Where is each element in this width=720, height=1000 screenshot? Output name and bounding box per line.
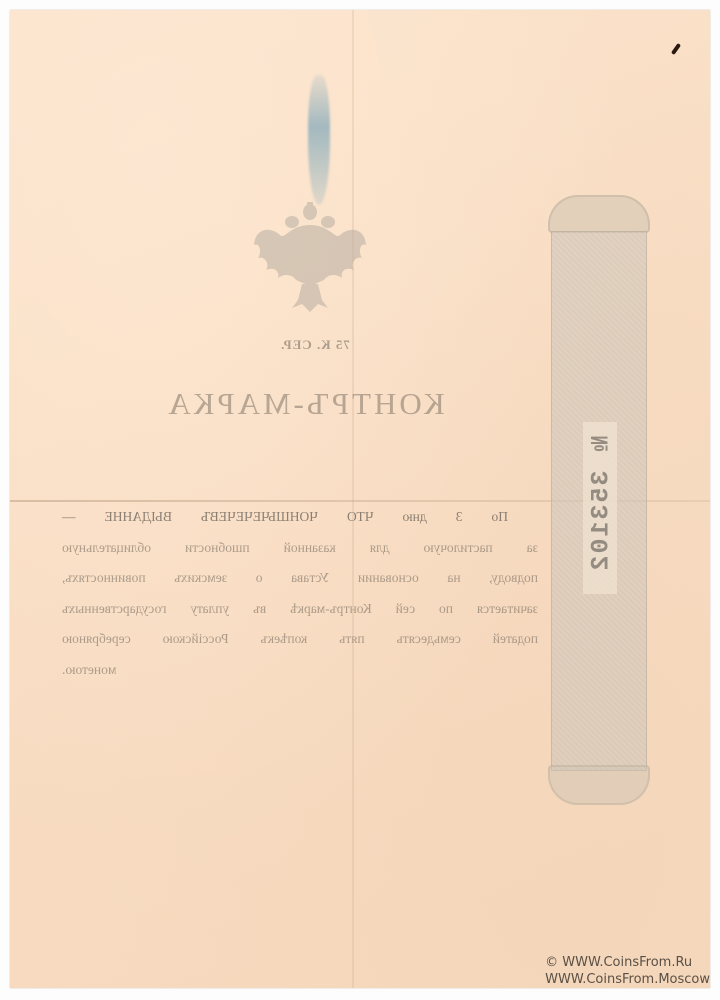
stub-ornament-bottom: [548, 765, 650, 805]
ink-mark-icon: [671, 43, 681, 55]
watermark-line-1: © WWW.CoinsFrom.Ru: [545, 954, 710, 971]
document-title: КОНТРЪ-МАРКА: [150, 386, 460, 422]
double-headed-eagle-icon: [250, 200, 370, 315]
document-scan: 75 К. СЕР. КОНТРЪ-МАРКА По 3 дню ЧТО ЧОН…: [0, 0, 720, 1000]
body-line: По 3 дню ЧТО ЧОНШЬЧЕЧЕЧЕВЪ ВЫДАННЕ —: [62, 502, 538, 533]
body-line: податей семьдесять пять копѣекъ Россійск…: [62, 624, 538, 655]
site-watermark: © WWW.CoinsFrom.Ru WWW.CoinsFrom.Moscow: [545, 954, 710, 988]
denomination-label: 75 К. СЕР.: [230, 337, 400, 353]
watermark-line-2: WWW.CoinsFrom.Moscow: [545, 971, 710, 988]
document-body: По 3 дню ЧТО ЧОНШЬЧЕЧЕЧЕВЪ ВЫДАННЕ — за …: [62, 502, 538, 685]
body-line: монетою.: [62, 655, 538, 686]
body-line: за пастилочую для казанной пшобности обл…: [62, 533, 538, 564]
serial-number: № 353102: [587, 420, 616, 590]
body-line: зачитается по сей Контръ-маркѣ въ уплату…: [62, 594, 538, 625]
stub-ornament-top: [548, 195, 650, 233]
body-line: подводу, на основании Устава о земскихъ …: [62, 563, 538, 594]
blue-ink-streak: [308, 75, 330, 205]
